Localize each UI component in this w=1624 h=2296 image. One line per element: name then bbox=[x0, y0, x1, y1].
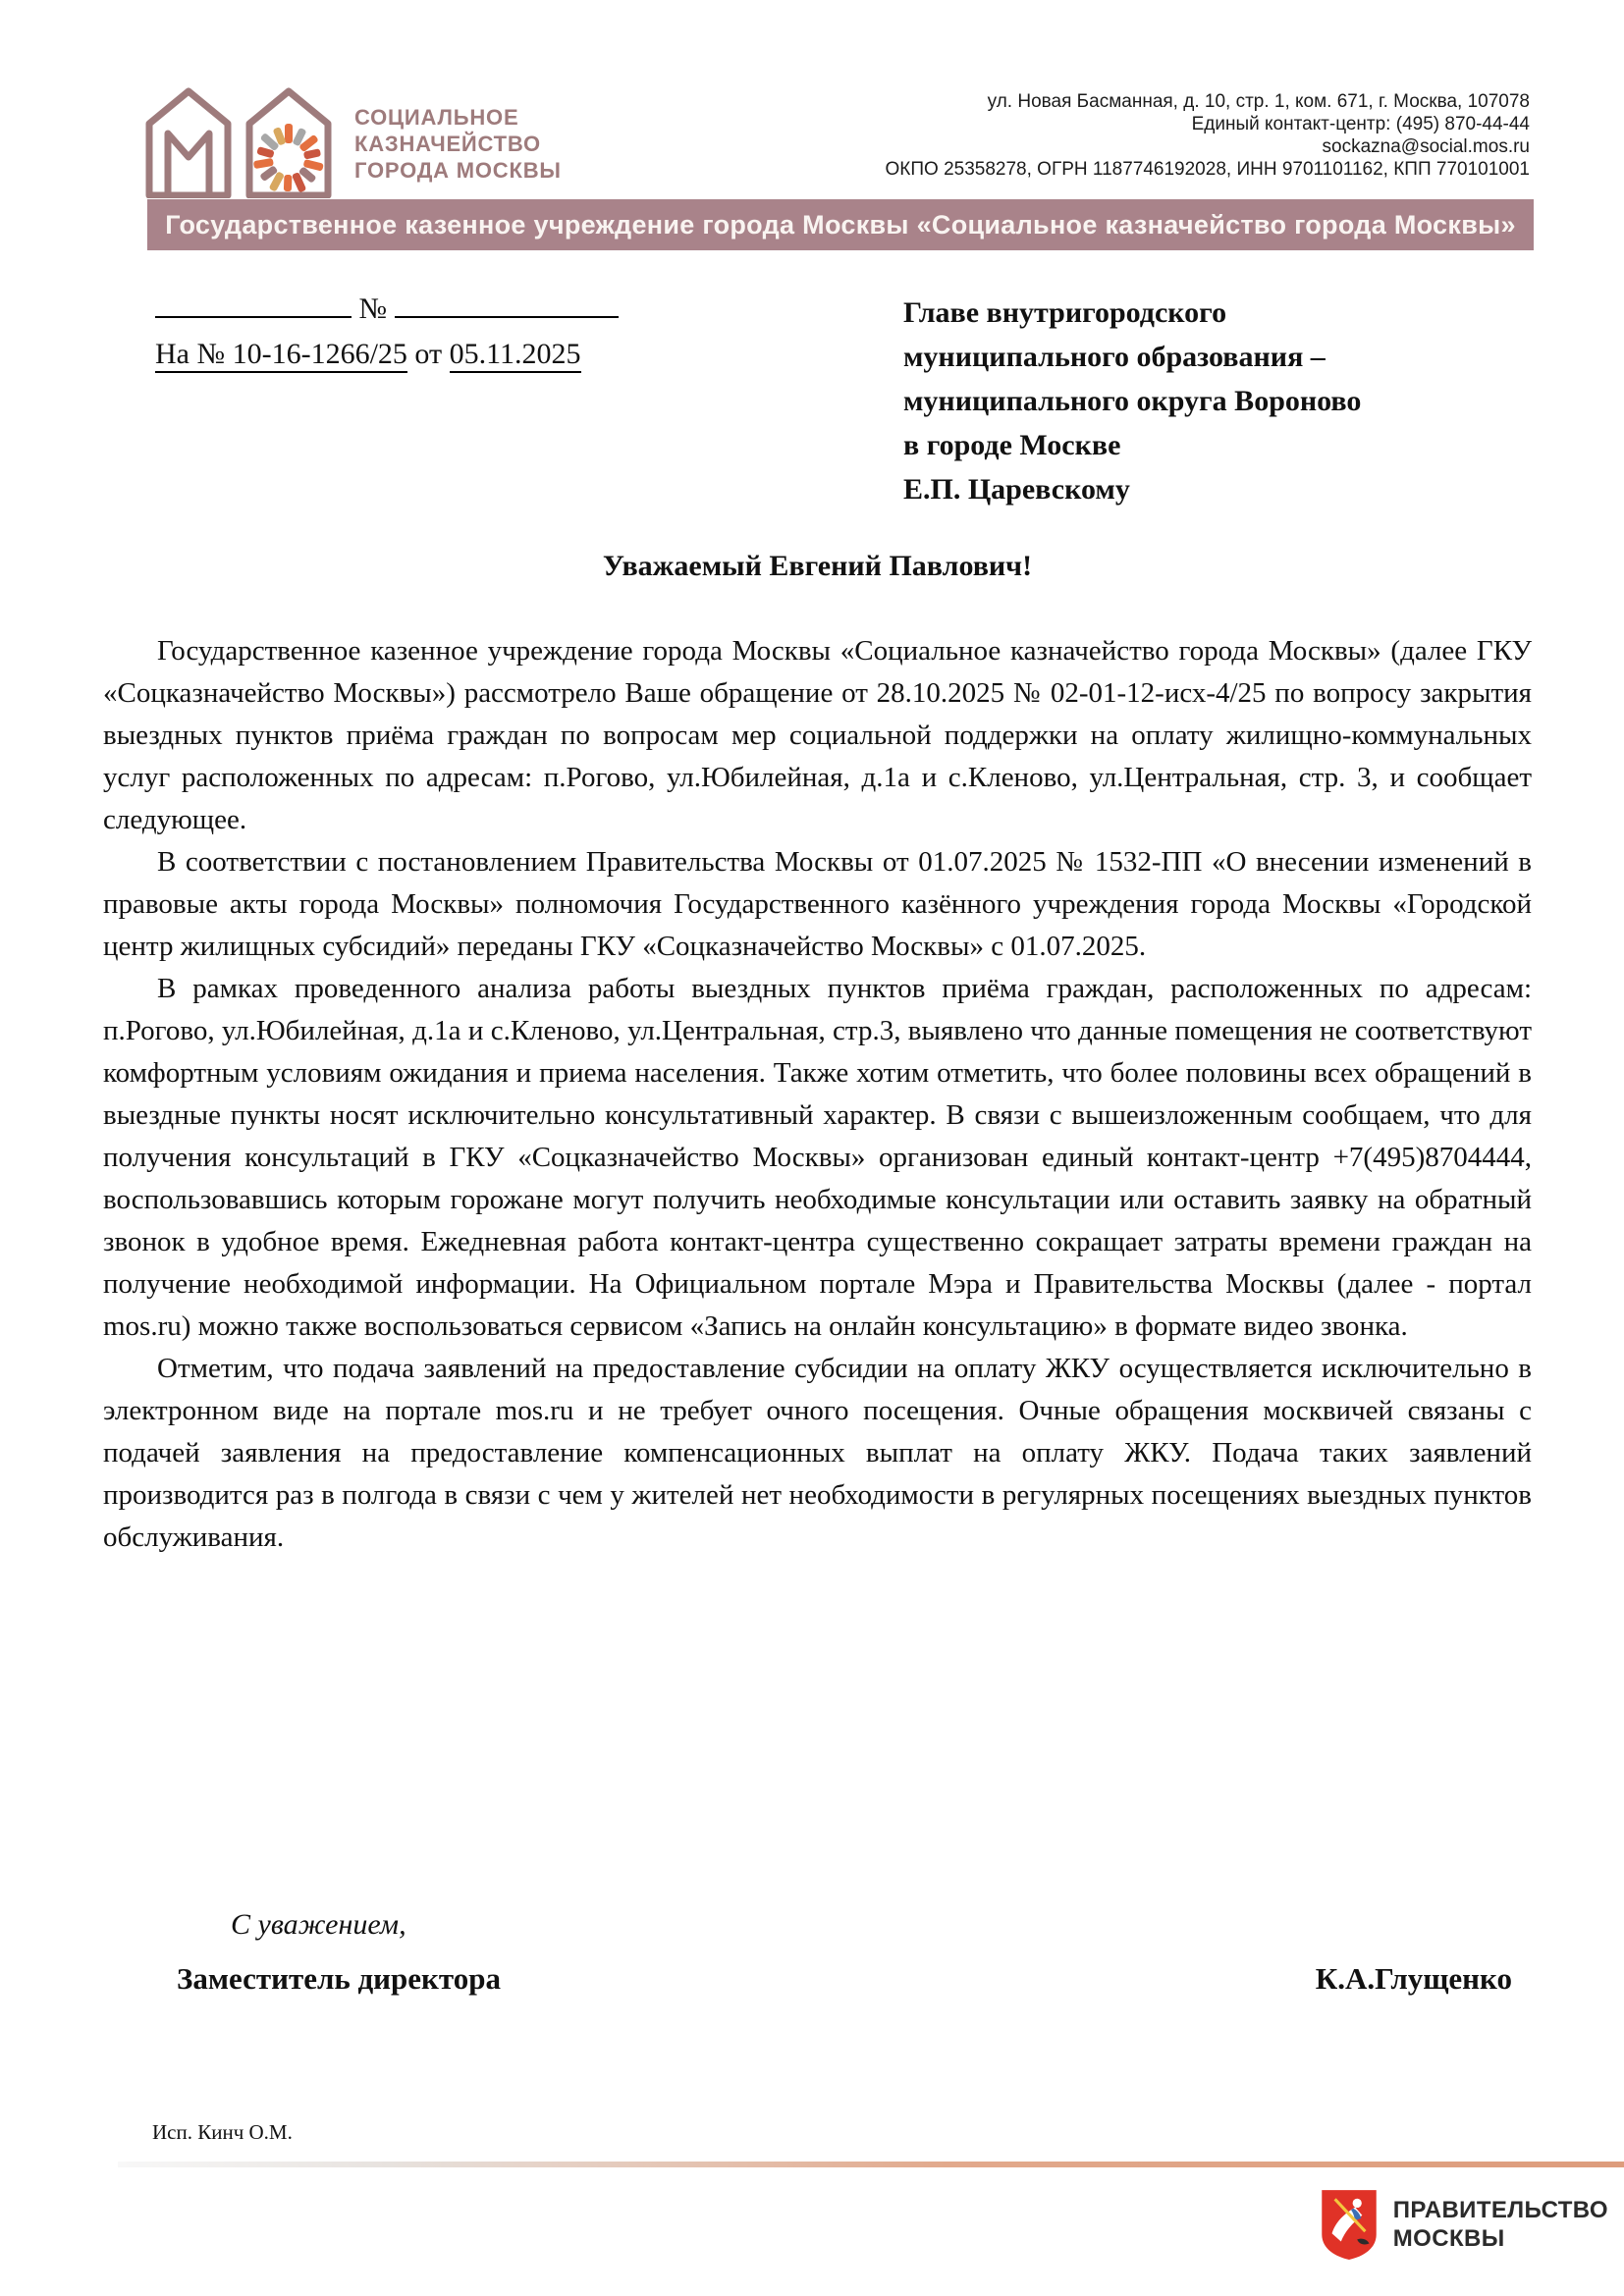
body-paragraph: В рамках проведенного анализа работы вые… bbox=[103, 968, 1532, 1348]
incoming-number-line: На № 10-16-1266/25 от 05.11.2025 bbox=[155, 332, 619, 377]
org-name-banner: Государственное казенное учреждение горо… bbox=[147, 199, 1534, 250]
letter-body: Уважаемый Евгений Павлович! Государствен… bbox=[103, 550, 1532, 1559]
salutation: Уважаемый Евгений Павлович! bbox=[103, 550, 1532, 583]
recipient-block: Главе внутригородского муниципального об… bbox=[903, 291, 1361, 511]
signer-position: Заместитель директора bbox=[177, 1961, 501, 1997]
org-logo-line: КАЗНАЧЕЙСТВО bbox=[354, 131, 562, 157]
body-paragraph: В соответствии с постановлением Правител… bbox=[103, 841, 1532, 968]
incoming-date: 05.11.2025 bbox=[450, 338, 581, 373]
moscow-government-logo: ПРАВИТЕЛЬСТВО МОСКВЫ bbox=[1319, 2187, 1608, 2262]
outgoing-number-blank bbox=[395, 287, 619, 318]
gov-label-line: ПРАВИТЕЛЬСТВО bbox=[1393, 2196, 1608, 2224]
recipient-line: Главе внутригородского bbox=[903, 291, 1361, 335]
body-paragraph: Отметим, что подача заявлений на предост… bbox=[103, 1348, 1532, 1559]
number-sign: № bbox=[359, 293, 388, 325]
sunburst-icon bbox=[253, 124, 324, 193]
moscow-government-label: ПРАВИТЕЛЬСТВО МОСКВЫ bbox=[1393, 2196, 1608, 2253]
org-address: ул. Новая Басманная, д. 10, стр. 1, ком.… bbox=[886, 90, 1530, 113]
body-paragraph: Государственное казенное учреждение горо… bbox=[103, 630, 1532, 841]
moscow-coat-of-arms-icon bbox=[1319, 2187, 1380, 2262]
reference-block: № На № 10-16-1266/25 от 05.11.2025 bbox=[155, 287, 619, 377]
org-name-banner-text: Государственное казенное учреждение горо… bbox=[165, 210, 1516, 240]
recipient-line: муниципального округа Вороново bbox=[903, 379, 1361, 423]
org-phone: Единый контакт-центр: (495) 870-44-44 bbox=[886, 113, 1530, 135]
org-logo-line: ГОРОДА МОСКВЫ bbox=[354, 157, 562, 184]
org-email: sockazna@social.mos.ru bbox=[886, 135, 1530, 158]
signer-name: К.А.Глущенко bbox=[1316, 1961, 1512, 1997]
incoming-from-label: от bbox=[414, 338, 442, 370]
gov-label-line: МОСКВЫ bbox=[1393, 2224, 1608, 2253]
org-logo: СОЦИАЛЬНОЕ КАЗНАЧЕЙСТВО ГОРОДА МОСКВЫ bbox=[142, 82, 562, 198]
outgoing-number-line: № bbox=[155, 287, 619, 332]
recipient-line: Е.П. Царевскому bbox=[903, 467, 1361, 511]
recipient-line: в городе Москве bbox=[903, 423, 1361, 467]
footer-gradient-divider bbox=[118, 2162, 1624, 2167]
letter-page: СОЦИАЛЬНОЕ КАЗНАЧЕЙСТВО ГОРОДА МОСКВЫ ул… bbox=[0, 0, 1624, 2296]
org-logo-text: СОЦИАЛЬНОЕ КАЗНАЧЕЙСТВО ГОРОДА МОСКВЫ bbox=[354, 82, 562, 184]
recipient-line: муниципального образования – bbox=[903, 335, 1361, 379]
outgoing-date-blank bbox=[155, 287, 352, 318]
org-logo-line: СОЦИАЛЬНОЕ bbox=[354, 104, 562, 131]
closing-regards: С уважением, bbox=[231, 1908, 406, 1942]
org-reg-codes: ОКПО 25358278, ОГРН 1187746192028, ИНН 9… bbox=[886, 158, 1530, 181]
org-contacts: ул. Новая Басманная, д. 10, стр. 1, ком.… bbox=[886, 90, 1530, 181]
executor-note: Исп. Кинч О.М. bbox=[152, 2120, 293, 2145]
logo-houses-icon bbox=[142, 82, 335, 198]
incoming-number: На № 10-16-1266/25 bbox=[155, 338, 407, 373]
signature-row: Заместитель директора К.А.Глущенко bbox=[177, 1961, 1512, 1997]
